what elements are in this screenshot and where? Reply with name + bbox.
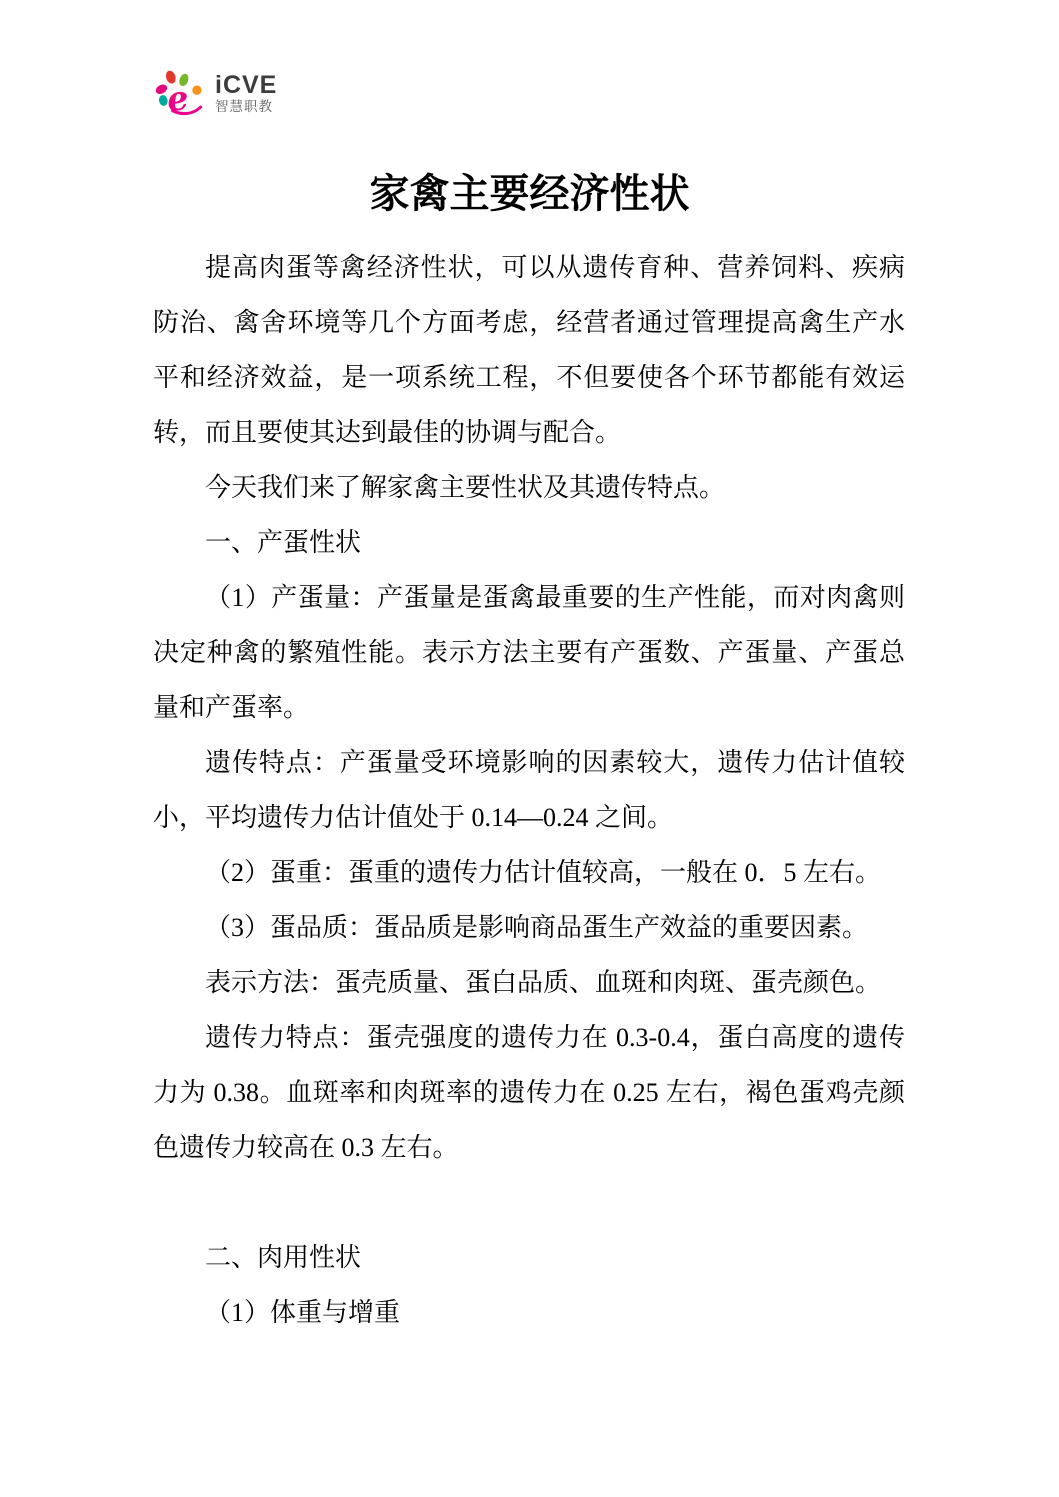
paragraph-egg-quantity: （1）产蛋量：产蛋量是蛋禽最重要的生产性能，而对肉禽则决定种禽的繁殖性能。表示方… [153, 570, 905, 735]
paragraph-egg-weight: （2）蛋重：蛋重的遗传力估计值较高，一般在 0．5 左右。 [153, 845, 905, 900]
paragraph-intro: 提高肉蛋等禽经济性状，可以从遗传育种、营养饲料、疾病防治、禽舍环境等几个方面考虑… [153, 240, 905, 460]
paragraph-spacer [153, 1175, 905, 1230]
icve-logo: e iCVE 智慧职教 [154, 68, 277, 118]
paragraph-lead-in: 今天我们来了解家禽主要性状及其遗传特点。 [153, 460, 905, 515]
paragraph-quality-methods: 表示方法：蛋壳质量、蛋白品质、血斑和肉斑、蛋壳颜色。 [153, 955, 905, 1010]
logo-subtitle: 智慧职教 [215, 100, 277, 114]
section-heading-2: 二、肉用性状 [153, 1230, 905, 1285]
paragraph-egg-quality: （3）蛋品质：蛋品质是影响商品蛋生产效益的重要因素。 [153, 900, 905, 955]
dot-orange [192, 86, 201, 95]
document-body: 提高肉蛋等禽经济性状，可以从遗传育种、营养饲料、疾病防治、禽舍环境等几个方面考虑… [153, 240, 905, 1340]
icve-logo-icon: e [154, 68, 210, 118]
paragraph-genetic-trait: 遗传特点：产蛋量受环境影响的因素较大，遗传力估计值较小，平均遗传力估计值处于 0… [153, 735, 905, 845]
paragraph-heritability: 遗传力特点：蛋壳强度的遗传力在 0.3-0.4，蛋白高度的遗传力为 0.38。血… [153, 1010, 905, 1175]
document-title: 家禽主要经济性状 [0, 164, 1059, 224]
document-page: e iCVE 智慧职教 家禽主要经济性状 提高肉蛋等禽经济性状，可以从遗传育种、… [0, 0, 1059, 1497]
logo-text-block: iCVE 智慧职教 [215, 73, 277, 114]
logo-brand-text: iCVE [215, 73, 277, 98]
paragraph-body-weight: （1）体重与增重 [153, 1285, 905, 1340]
section-heading-1: 一、产蛋性状 [153, 515, 905, 570]
